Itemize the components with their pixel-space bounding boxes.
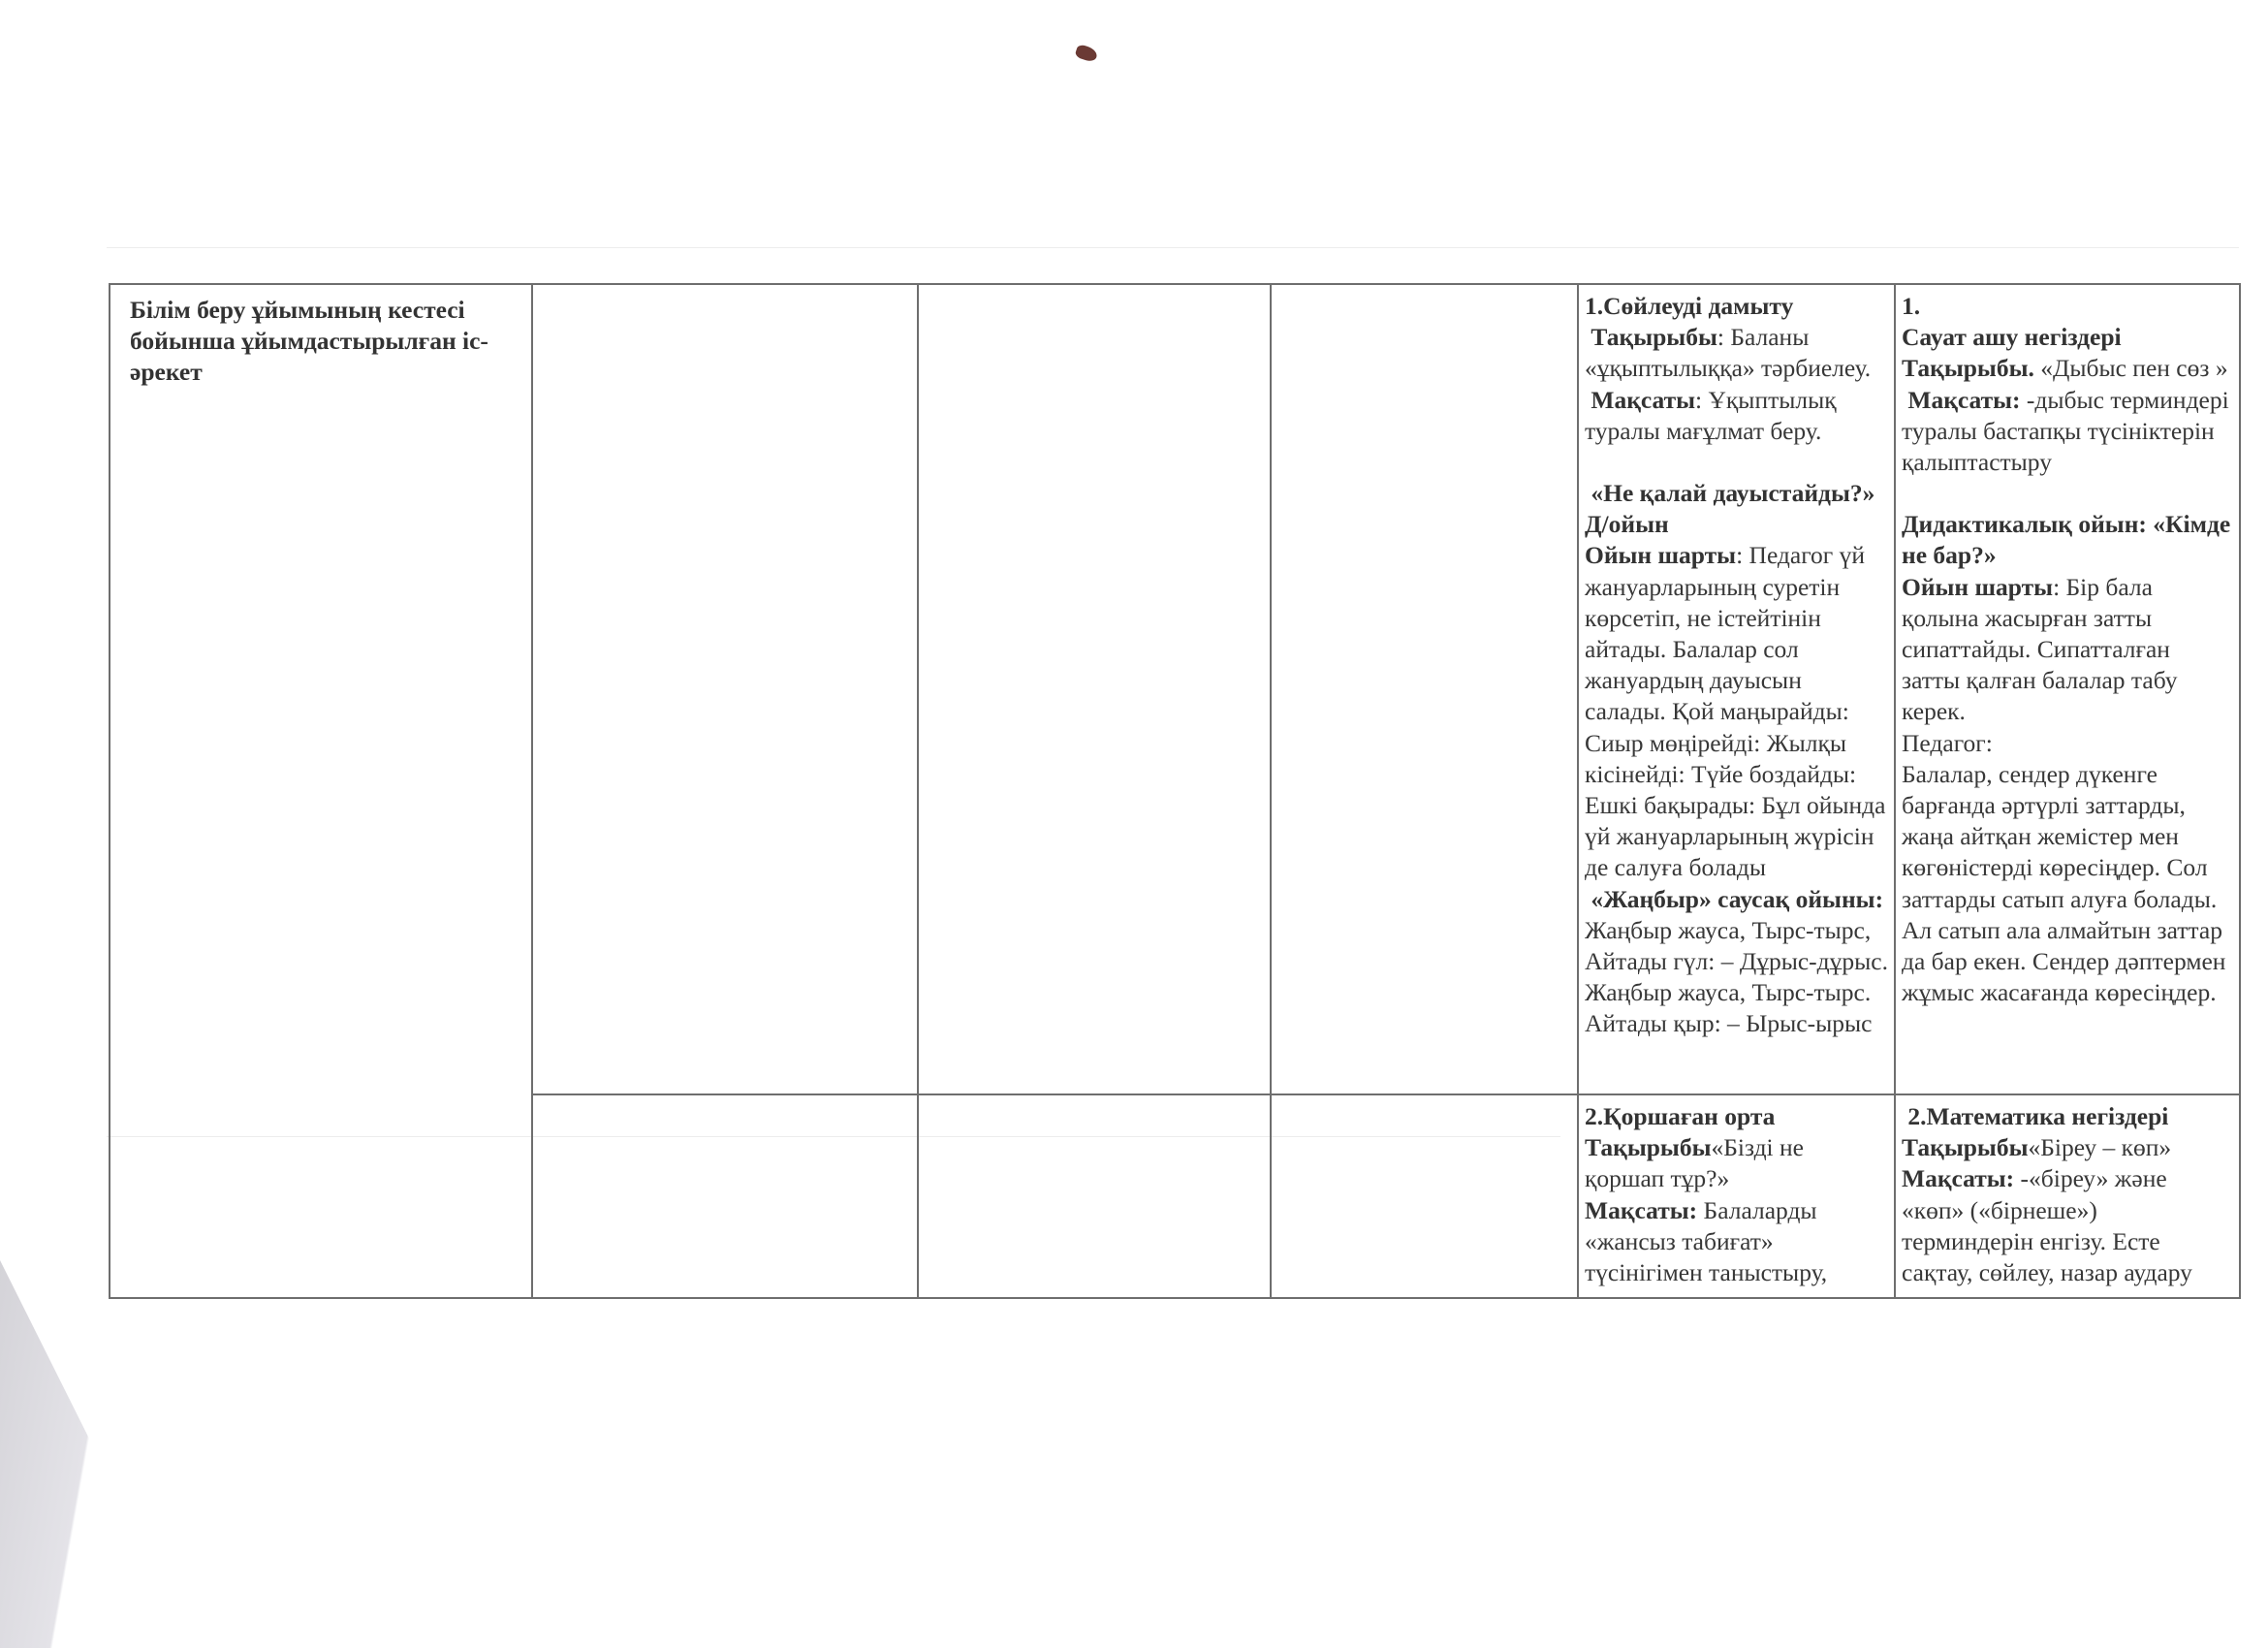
scan-speck: [1074, 44, 1098, 63]
topic: Тақырыбы: Баланы «ұқыптылыққа» тәрбиелеу…: [1585, 322, 1888, 384]
goal: Мақсаты: -«біреу» және «көп» («бірнеше»)…: [1902, 1163, 2233, 1288]
schedule-table: Білім беру ұйымының кестесі бойынша ұйым…: [109, 283, 2241, 1299]
subject-title: Сауат ашу негіздері: [1902, 322, 2233, 353]
paper-fold-shadow: [0, 1260, 194, 1648]
subject-title: 2.Математика негіздері: [1902, 1101, 2233, 1132]
empty-cell: [532, 284, 918, 1094]
game-title: Дидактикалық ойын: «Кімде не бар?»: [1902, 509, 2233, 571]
empty-cell: [1271, 1094, 1578, 1298]
empty-cell: [532, 1094, 918, 1298]
literacy-cell: 1. Сауат ашу негіздері Тақырыбы. «Дыбыс …: [1895, 284, 2240, 1094]
table-row: Білім беру ұйымының кестесі бойынша ұйым…: [110, 284, 2240, 1094]
environment-cell: 2.Қоршаған орта Тақырыбы«Бізді не қоршап…: [1578, 1094, 1895, 1298]
empty-cell: [918, 1094, 1271, 1298]
row-header-text: Білім беру ұйымының кестесі бойынша ұйым…: [130, 296, 488, 386]
game-title: «Не қалай дауыстайды?» Д/ойын: [1585, 478, 1888, 540]
goal: Мақсаты: -дыбыс терминдері туралы бастап…: [1902, 385, 2233, 479]
bleed-through-line: [107, 247, 2239, 248]
teacher-label: Педагог:: [1902, 728, 2233, 759]
game-rules: Ойын шарты: Педагог үй жануарларының сур…: [1585, 540, 1888, 883]
teacher-text: Балалар, сендер дүкенге барғанда әртүрлі…: [1902, 759, 2233, 1009]
empty-cell: [918, 284, 1271, 1094]
math-cell: 2.Математика негіздері Тақырыбы«Біреу – …: [1895, 1094, 2240, 1298]
row-header-cell: Білім беру ұйымының кестесі бойынша ұйым…: [110, 284, 532, 1298]
game-rules: Ойын шарты: Бір бала қолына жасырған зат…: [1902, 572, 2233, 728]
goal: Мақсаты: Ұқыптылық туралы мағұлмат беру.: [1585, 385, 1888, 447]
subject-title: 2.Қоршаған орта: [1585, 1101, 1888, 1132]
item-number: 1.: [1902, 291, 2233, 322]
goal: Мақсаты: Балаларды «жансыз табиғат» түсі…: [1585, 1195, 1888, 1289]
topic: Тақырыбы«Біреу – көп»: [1902, 1132, 2233, 1163]
topic: Тақырыбы. «Дыбыс пен сөз »: [1902, 353, 2233, 384]
subject-title: 1.Сөйлеуді дамыту: [1585, 291, 1888, 322]
empty-cell: [1271, 284, 1578, 1094]
finger-game: «Жаңбыр» саусақ ойыны: Жаңбыр жауса, Тыр…: [1585, 884, 1888, 1040]
speech-development-cell: 1.Сөйлеуді дамыту Тақырыбы: Баланы «ұқып…: [1578, 284, 1895, 1094]
topic: Тақырыбы«Бізді не қоршап тұр?»: [1585, 1132, 1888, 1194]
